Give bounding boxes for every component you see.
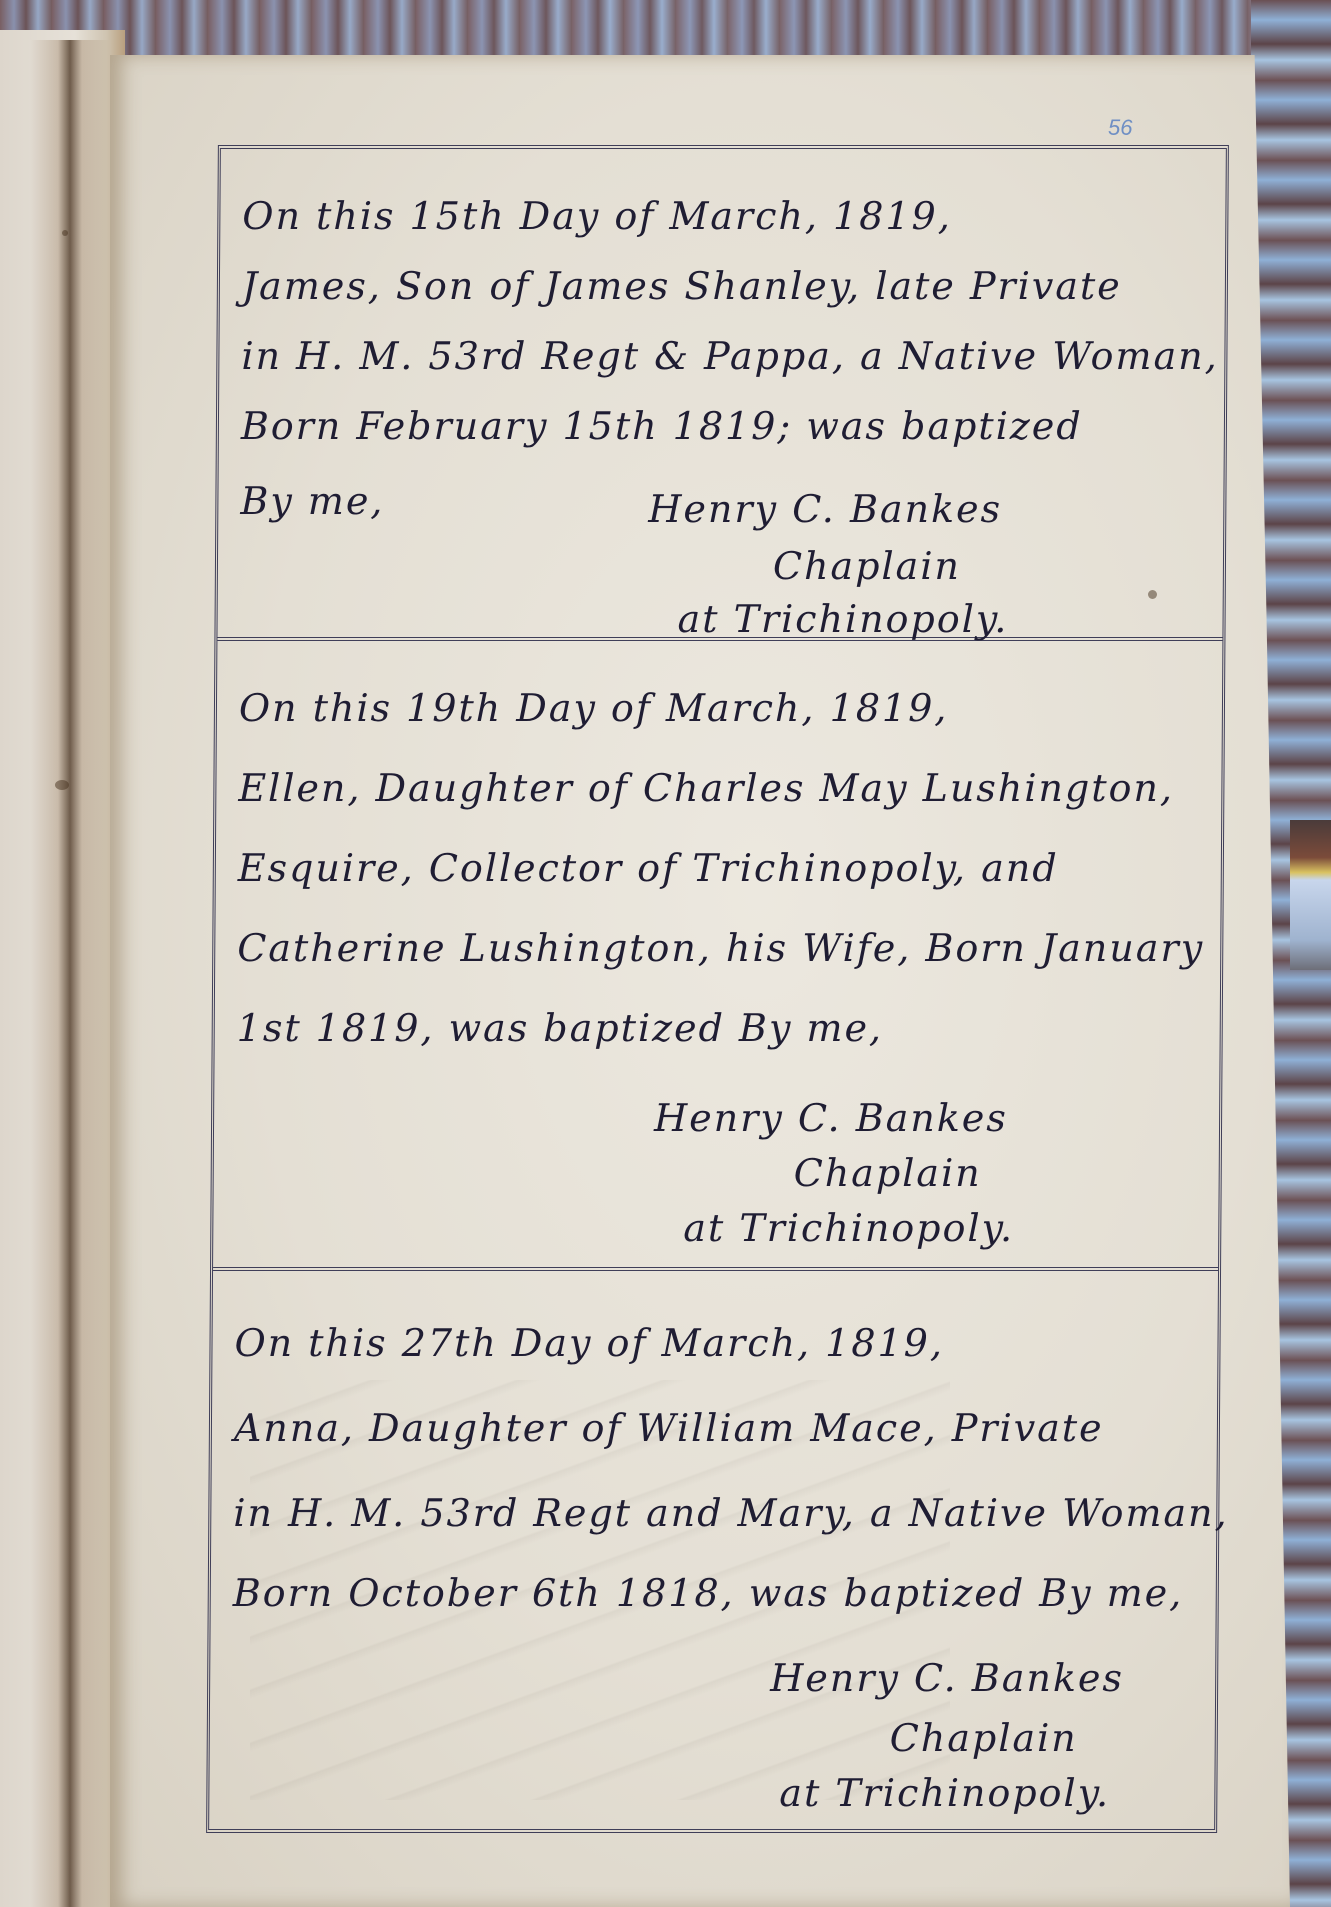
signature-title: Chaplain	[794, 1151, 982, 1195]
entry-line: Esquire, Collector of Trichinopoly, and	[238, 846, 1059, 890]
entry-line: 1st 1819, was baptized By me,	[237, 1006, 884, 1050]
signature-name: Henry C. Bankes	[648, 487, 1002, 531]
entry-line: Catherine Lushington, his Wife, Born Jan…	[237, 926, 1204, 970]
entry-line: Ellen, Daughter of Charles May Lushingto…	[238, 766, 1174, 810]
signature-name: Henry C. Bankes	[770, 1656, 1124, 1700]
signature-title: Chaplain	[773, 544, 961, 588]
signature-place: at Trichinopoly.	[677, 597, 1008, 641]
baptism-entry: On this 15th Day of March, 1819, James, …	[217, 149, 1225, 641]
entry-line: By me,	[240, 479, 384, 523]
signature-name: Henry C. Bankes	[654, 1096, 1008, 1140]
binding-stain	[30, 40, 110, 1907]
entry-line: in H. M. 53rd Regt and Mary, a Native Wo…	[233, 1491, 1229, 1535]
entry-line: On this 15th Day of March, 1819,	[242, 194, 952, 238]
page-number: 56	[1108, 115, 1132, 141]
ink-spot	[55, 780, 69, 790]
entry-line: Anna, Daughter of William Mace, Private	[234, 1406, 1104, 1450]
signature-place: at Trichinopoly.	[683, 1206, 1014, 1250]
baptism-entry: On this 27th Day of March, 1819, Anna, D…	[209, 1271, 1218, 1829]
signature-place: at Trichinopoly.	[779, 1771, 1110, 1815]
signature-title: Chaplain	[890, 1716, 1078, 1760]
background-object	[1290, 820, 1331, 970]
baptism-entry: On this 19th Day of March, 1819, Ellen, …	[213, 641, 1222, 1271]
entry-line: Born February 15th 1819; was baptized	[241, 404, 1083, 448]
entry-line: On this 27th Day of March, 1819,	[234, 1321, 944, 1365]
register-frame: On this 15th Day of March, 1819, James, …	[206, 145, 1229, 1833]
entry-line: James, Son of James Shanley, late Privat…	[242, 264, 1122, 308]
entry-line: Born October 6th 1818, was baptized By m…	[233, 1571, 1184, 1615]
entry-line: On this 19th Day of March, 1819,	[239, 686, 949, 730]
ink-spot	[62, 230, 68, 236]
entry-line: in H. M. 53rd Regt & Pappa, a Native Wom…	[241, 334, 1219, 378]
